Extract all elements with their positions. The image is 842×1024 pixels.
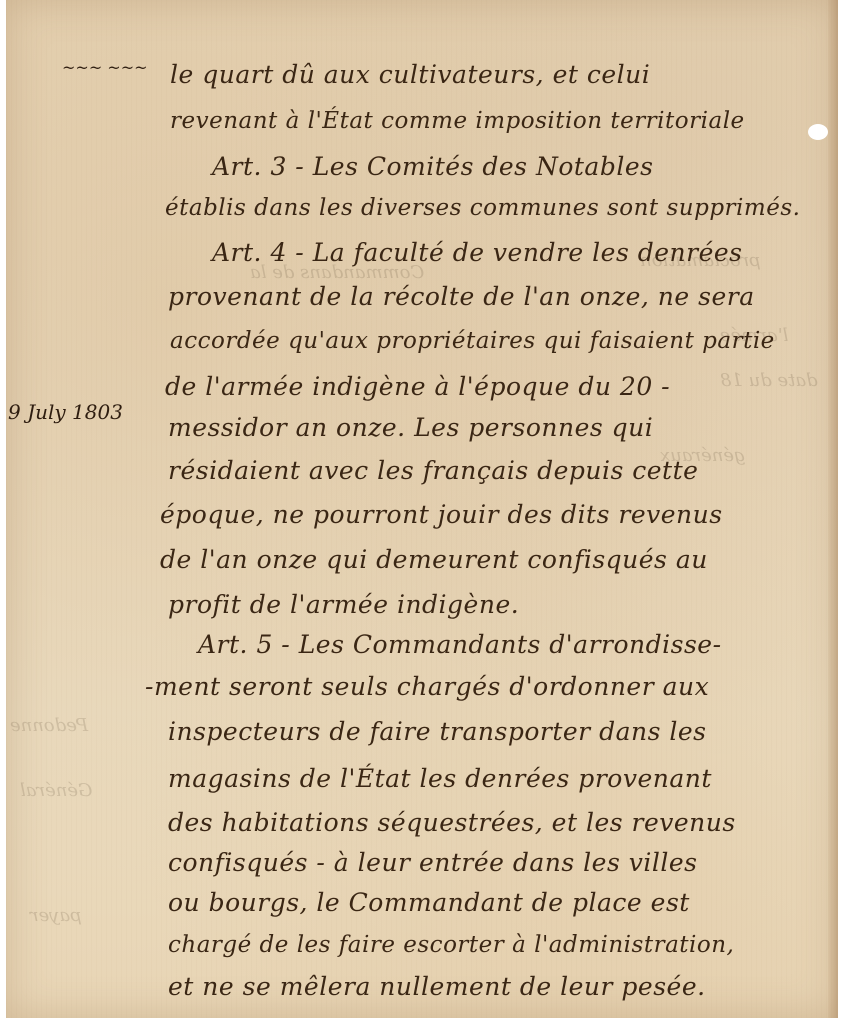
text-line: de l'an onze qui demeurent confisqués au [160,545,708,574]
article-3-heading: Art. 3 - Les Comités des Notables [212,152,653,181]
text-line: le quart dû aux cultivateurs, et celui [170,60,650,89]
text-line: provenant de la récolte de l'an onze, ne… [168,282,755,311]
bleed-through-text: Pedonne [10,715,88,736]
text-line: inspecteurs de faire transporter dans le… [168,717,706,746]
text-line: profit de l'armée indigène. [168,590,519,619]
text-line: et ne se mêlera nullement de leur pesée. [168,972,706,1001]
text-line: établis dans les diverses communes sont … [165,195,800,221]
text-line: magasins de l'État les denrées provenant [168,764,712,793]
text-line: ou bourgs, le Commandant de place est [168,888,690,917]
text-line: de l'armée indigène à l'époque du 20 - [165,372,670,401]
margin-note-top: ~~~ ~~~ [62,58,148,77]
bleed-through-text: payer [30,905,82,926]
article-5-heading: Art. 5 - Les Commandants d'arrondisse- [198,630,722,659]
bleed-through-text: date du 18 [720,370,818,391]
text-line: accordée qu'aux propriétaires qui faisai… [170,328,775,354]
paper-hole [808,124,828,140]
text-line: époque, ne pourront jouir des dits reven… [160,500,723,529]
text-line: messidor an onze. Les personnes qui [168,413,653,442]
text-line: revenant à l'État comme imposition terri… [170,108,745,134]
article-4-heading: Art. 4 - La faculté de vendre les denrée… [212,238,743,267]
text-line: confisqués - à leur entrée dans les vill… [168,848,697,877]
bleed-through-text: Général [20,780,92,801]
text-line: des habitations séquestrées, et les reve… [168,808,736,837]
text-line: résidaient avec les français depuis cett… [168,456,698,485]
page-edge [828,0,838,1018]
text-line: -ment seront seuls chargés d'ordonner au… [145,672,709,701]
text-line: chargé de les faire escorter à l'adminis… [168,932,734,958]
margin-date: 9 July 1803 [8,400,123,424]
